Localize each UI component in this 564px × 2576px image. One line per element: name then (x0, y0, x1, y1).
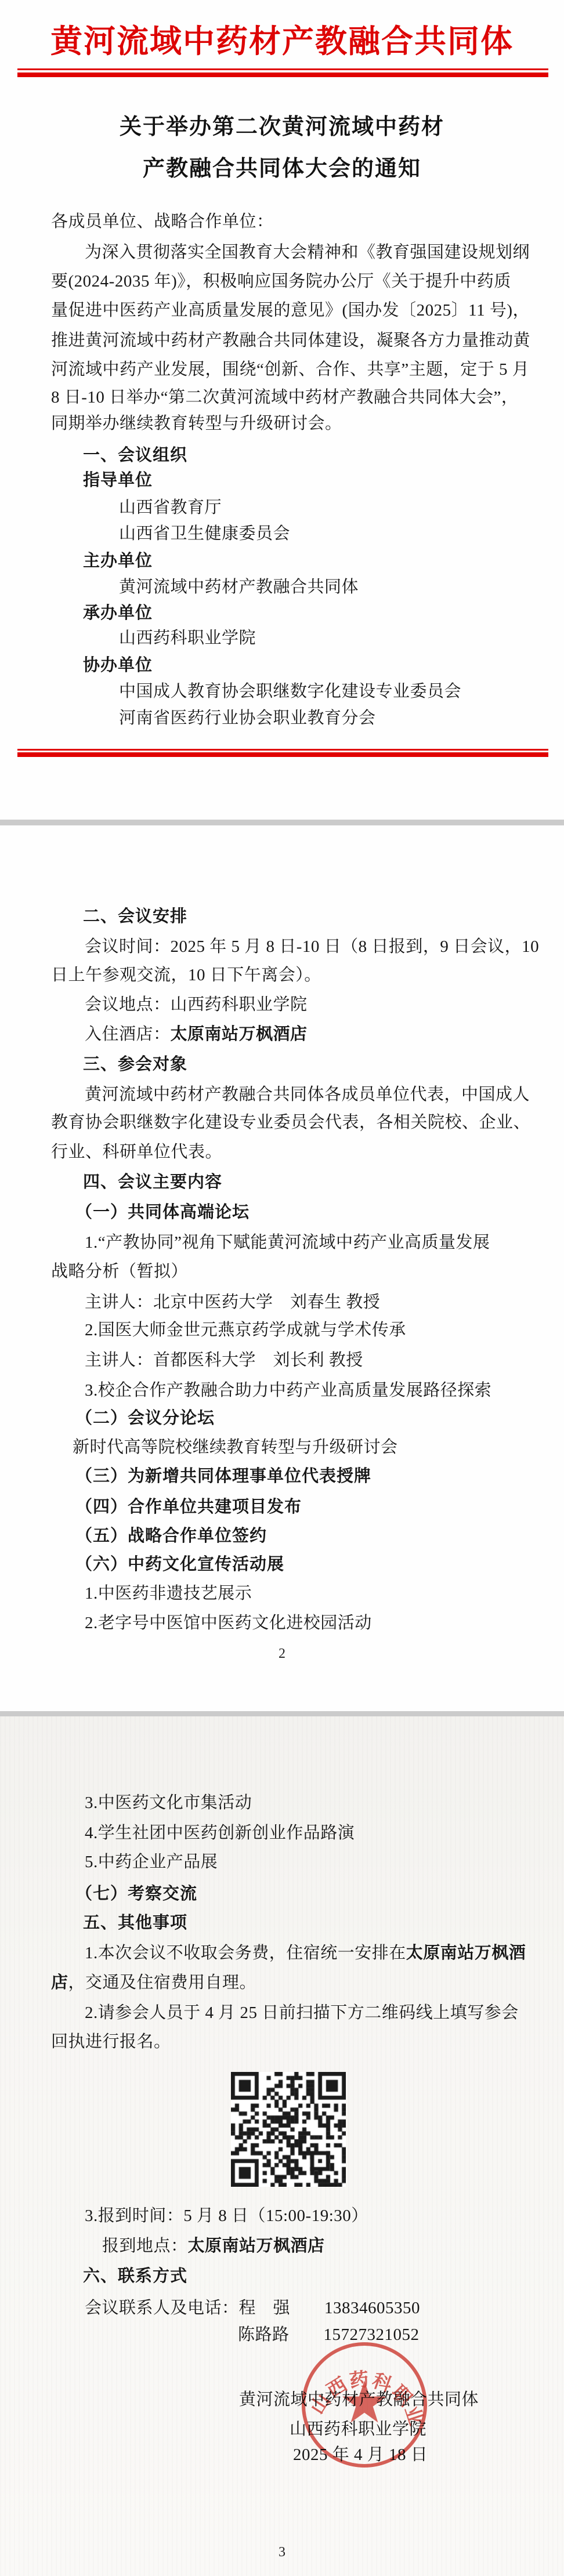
sub-heading-4: （四）合作单位共建项目发布 (75, 1497, 302, 1517)
section-heading-5: 五、其他事项 (83, 1912, 187, 1933)
org-line: 河南省医药行业协会职业教育分会 (119, 708, 376, 729)
notice-title-line1: 关于举办第二次黄河流域中药材 (0, 114, 564, 140)
sub-heading-1: （一）共同体高端论坛 (75, 1202, 250, 1223)
letterhead-title: 黄河流域中药材产教融合共同体 (0, 24, 564, 59)
contact-line: 会议联系人及电话：程 强 13834605350 (85, 2298, 420, 2318)
role-label-organizer: 承办单位 (83, 603, 153, 624)
sub-heading-6: （六）中药文化宣传活动展 (75, 1554, 284, 1575)
notice-item: 3.报到时间：5 月 8 日（15:00-19:30） (85, 2205, 368, 2226)
hotel-name: 太原南站万枫酒店 (171, 1025, 308, 1044)
body-line: 行业、科研单位代表。 (51, 1142, 222, 1162)
body-line: 黄河流域中药材产教融合共同体各成员单位代表，中国成人 (85, 1084, 530, 1105)
notice-item: 2.请参会人员于 4 月 25 日前扫描下方二维码线上填写参会 (85, 2002, 519, 2023)
body-line: 教育协会职继数字化建设专业委员会代表，各相关院校、企业、 (51, 1112, 530, 1133)
section-heading-2: 二、会议安排 (83, 906, 187, 927)
page-number: 3 (0, 2544, 564, 2561)
hotel-name: 太原南站万枫酒店 (188, 2237, 325, 2255)
sub-heading-2: （二）会议分论坛 (75, 1408, 215, 1429)
list-item: 3.校企合作产教融合助力中药产业高质量发展路径探索 (85, 1380, 491, 1401)
sub-heading-5: （五）战略合作单位签约 (75, 1526, 267, 1546)
role-label-coorganizer: 协办单位 (83, 655, 153, 676)
hotel-line: 入住酒店：太原南站万枫酒店 (85, 1024, 308, 1045)
page-separator (0, 820, 564, 825)
list-item: 3.中医药文化市集活动 (85, 1792, 252, 1813)
hotel-name: 太原南站万枫酒 (406, 1944, 526, 1962)
seal-text: 山西药科职业学院 (298, 2338, 426, 2428)
body-line: 河流域中药产业发展，围绕“创新、合作、共享”主题，定于 5 月 (51, 359, 529, 380)
org-line: 山西省教育厅 (119, 497, 222, 518)
list-item: 2.国医大师金世元燕京药学成就与学术传承 (85, 1320, 406, 1340)
body-line: 同期举办继续教育转型与升级研讨会。 (51, 413, 342, 434)
body-line: 量促进中医药产业高质量发展的意见》(国办发〔2025〕11 号)， (51, 300, 530, 321)
body-line: 8 日-10 日举办“第二次黄河流域中药材产教融合共同体大会”， (51, 387, 518, 408)
body-line: 会议时间：2025 年 5 月 8 日-10 日（8 日报到，9 日会议，10 (85, 936, 539, 957)
list-item: 1.“产教协同”视角下赋能黄河流域中药产业高质量发展 (85, 1232, 490, 1253)
checkin-label: 报到地点： (102, 2237, 188, 2255)
org-line: 山西药科职业学院 (119, 628, 256, 648)
red-rule-thick (17, 752, 548, 757)
salutation: 各成员单位、战略合作单位： (51, 211, 274, 232)
body-line: 日上午参观交流，10 日下午离会）。 (51, 965, 321, 986)
body-line: 要(2024-2035 年)》，积极响应国务院办公厅《关于提升中药质 (51, 271, 511, 292)
red-rule-thick (17, 73, 548, 77)
org-line: 中国成人教育协会职继数字化建设专业委员会 (119, 681, 461, 702)
notice-title-line2: 产教融合共同体大会的通知 (0, 156, 564, 182)
text-segment: 1.本次会议不收取会务费，住宿统一安排在 (85, 1944, 406, 1962)
list-item: 5.中药企业产品展 (85, 1852, 218, 1872)
red-rule-thin (17, 68, 548, 70)
qr-code (231, 2072, 346, 2187)
body-line: 会议地点：山西药科职业学院 (85, 994, 308, 1015)
list-item: 1.中医药非遗技艺展示 (85, 1583, 252, 1604)
body-line: 推进黄河流域中药材产教融合共同体建设，凝聚各方力量推动黄 (51, 330, 530, 351)
scanned-notice-document: 黄河流域中药材产教融合共同体 关于举办第二次黄河流域中药材 产教融合共同体大会的… (0, 0, 564, 2576)
notice-item: 店，交通及住宿费用自理。 (51, 1972, 256, 1993)
org-line: 黄河流域中药材产教融合共同体 (119, 577, 359, 597)
svg-text:山西药科职业学院: 山西药科职业学院 (298, 2338, 426, 2428)
role-label-guide: 指导单位 (83, 470, 153, 491)
sub-heading-7: （七）考察交流 (75, 1883, 197, 1904)
list-item: 战略分析（暂拟） (51, 1261, 188, 1282)
page-number: 2 (0, 1645, 564, 1662)
list-item: 2.老字号中医馆中医药文化进校园活动 (85, 1613, 372, 1633)
red-rule-thin (17, 749, 548, 751)
speaker-line: 主讲人：北京中医药大学 刘春生 教授 (85, 1292, 380, 1313)
speaker-line: 主讲人：首都医科大学 刘长利 教授 (85, 1350, 363, 1371)
official-seal: 山西药科职业学院 (298, 2338, 431, 2472)
section-heading-6: 六、联系方式 (83, 2266, 187, 2287)
body-line: 为深入贯彻落实全国教育大会精神和《教育强国建设规划纲 (85, 242, 530, 263)
page-separator (0, 1711, 564, 1716)
notice-item: 1.本次会议不收取会务费，住宿统一安排在太原南站万枫酒 (85, 1943, 526, 1963)
notice-item: 回执进行报名。 (51, 2031, 171, 2052)
sub-heading-3: （三）为新增共同体理事单位代表授牌 (75, 1466, 371, 1487)
hotel-name: 店 (51, 1973, 68, 1992)
page-1: 黄河流域中药材产教融合共同体 关于举办第二次黄河流域中药材 产教融合共同体大会的… (0, 0, 564, 820)
text-segment: ，交通及住宿费用自理。 (68, 1973, 257, 1992)
body-line: 新时代高等院校继续教育转型与升级研讨会 (73, 1437, 398, 1458)
checkin-line: 报到地点：太原南站万枫酒店 (102, 2236, 325, 2256)
section-heading-1: 一、会议组织 (83, 445, 187, 466)
role-label-host: 主办单位 (83, 550, 153, 571)
list-item: 4.学生社团中医药创新创业作品路演 (85, 1823, 355, 1843)
section-heading-3: 三、参会对象 (83, 1054, 187, 1075)
section-heading-4: 四、会议主要内容 (83, 1172, 222, 1193)
org-line: 山西省卫生健康委员会 (119, 523, 290, 544)
hotel-label: 入住酒店： (85, 1025, 171, 1044)
